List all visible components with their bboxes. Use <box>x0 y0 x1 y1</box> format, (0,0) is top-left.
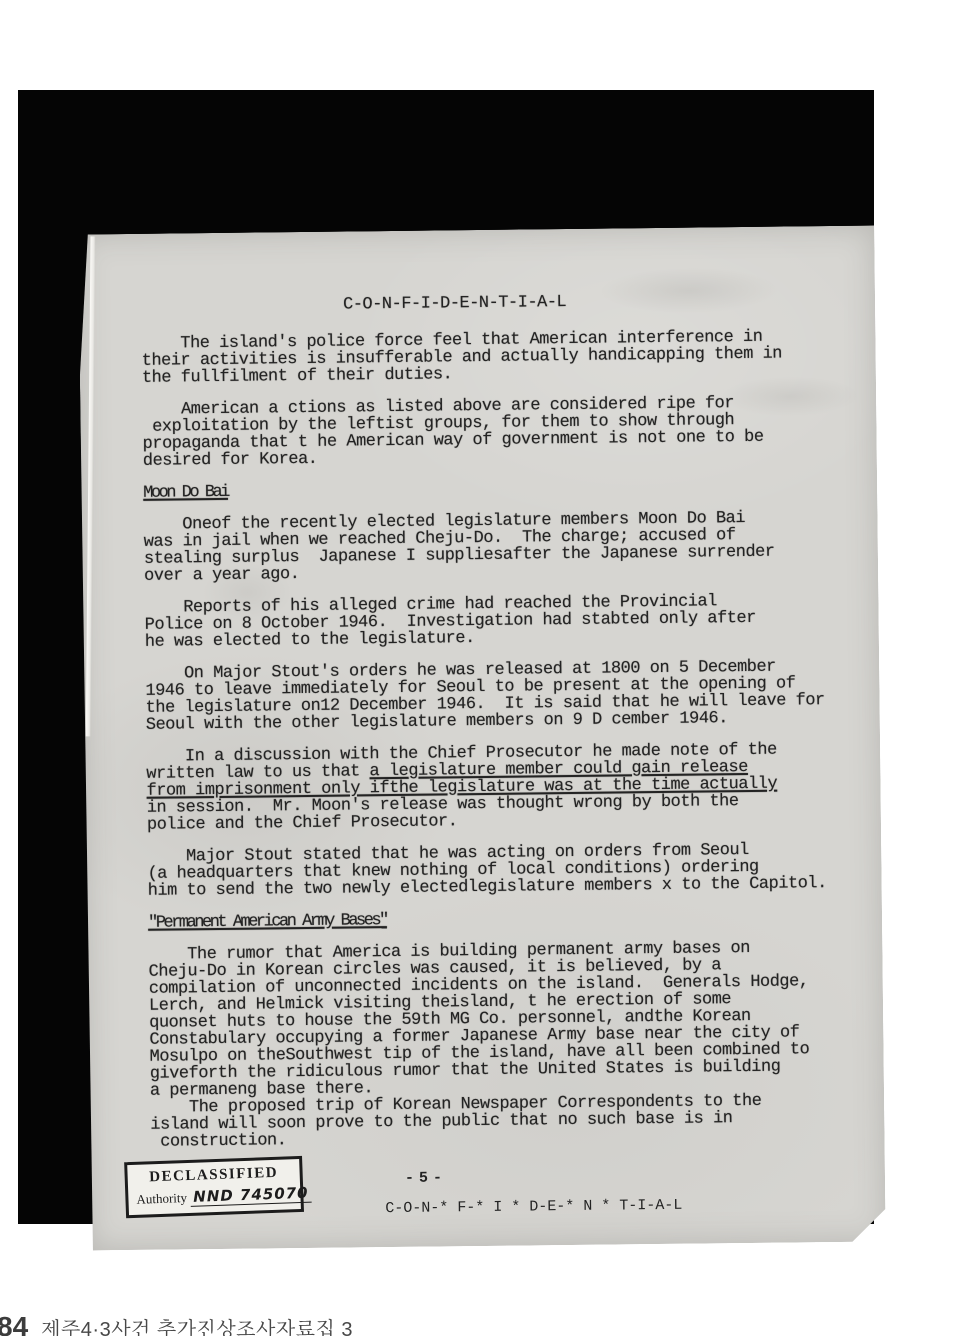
book-page-number: 84 <box>0 1313 28 1336</box>
paragraph-reports-crime: Reports of his alleged crime had reached… <box>144 592 849 651</box>
authority-label: Authority <box>136 1190 187 1207</box>
section-heading-text: "Permanent American Army Bases" <box>148 911 387 933</box>
classification-header: C-O-N-F-I-D-E-N-T-I-A-L <box>141 291 845 316</box>
authority-handwritten-number: NND 745070 <box>190 1184 312 1207</box>
section-heading-army-bases: "Permanent American Army Bases" <box>148 907 852 932</box>
typewritten-content: C-O-N-F-I-D-E-N-T-I-A-L The island's pol… <box>78 226 885 1251</box>
footer-classification-text: C-O-N-* F-* I * D-E-* N * T-I-A-L <box>385 1197 682 1217</box>
section-heading-moon-do-bai: Moon Do Bai <box>143 477 847 502</box>
section-heading-text: Moon Do Bai <box>143 483 228 503</box>
scanner-black-background: C-O-N-F-I-D-E-N-T-I-A-L The island's pol… <box>18 90 874 1224</box>
book-title: 제주4·3사건 추가진상조사자료집 3 <box>41 1320 353 1336</box>
footer-page-number: - 5 - <box>405 1170 440 1187</box>
scanned-document-page: C-O-N-F-I-D-E-N-T-I-A-L The island's pol… <box>78 226 885 1251</box>
declassified-stamp: DECLASSIFIED Authority NND 745070 <box>124 1156 304 1218</box>
paragraph-stout-orders: On Major Stout's orders he was released … <box>145 658 850 734</box>
paragraph-police-force: The island's police force feel that Amer… <box>141 328 846 387</box>
paragraph-rumor-bases: The rumor that America is building perma… <box>148 939 854 1100</box>
paragraph-orders-from-seoul: Major Stout stated that he was acting on… <box>147 841 852 900</box>
paragraph-press-trip: The proposed trip of Korean Newspaper Co… <box>150 1092 855 1151</box>
paragraph-american-actions: American a ctions as listed above are co… <box>142 394 847 470</box>
paragraph-prosecutor-discussion: In a discussion with the Chief Prosecuto… <box>146 741 851 834</box>
footer-classification: - 5 -C-O-N-* F-* I * D-E-* N * T-I-A-L <box>331 1180 683 1235</box>
book-caption: 84 제주4·3사건 추가진상조사자료집 3 <box>0 1313 353 1336</box>
declassified-stamp-authority: Authority NND 745070 <box>136 1184 293 1208</box>
paragraph-moon-in-jail: Oneof the recently elected legislature m… <box>143 509 848 585</box>
declassified-stamp-title: DECLASSIFIED <box>135 1164 292 1187</box>
classification-header-text: C-O-N-F-I-D-E-N-T-I-A-L <box>343 293 566 315</box>
